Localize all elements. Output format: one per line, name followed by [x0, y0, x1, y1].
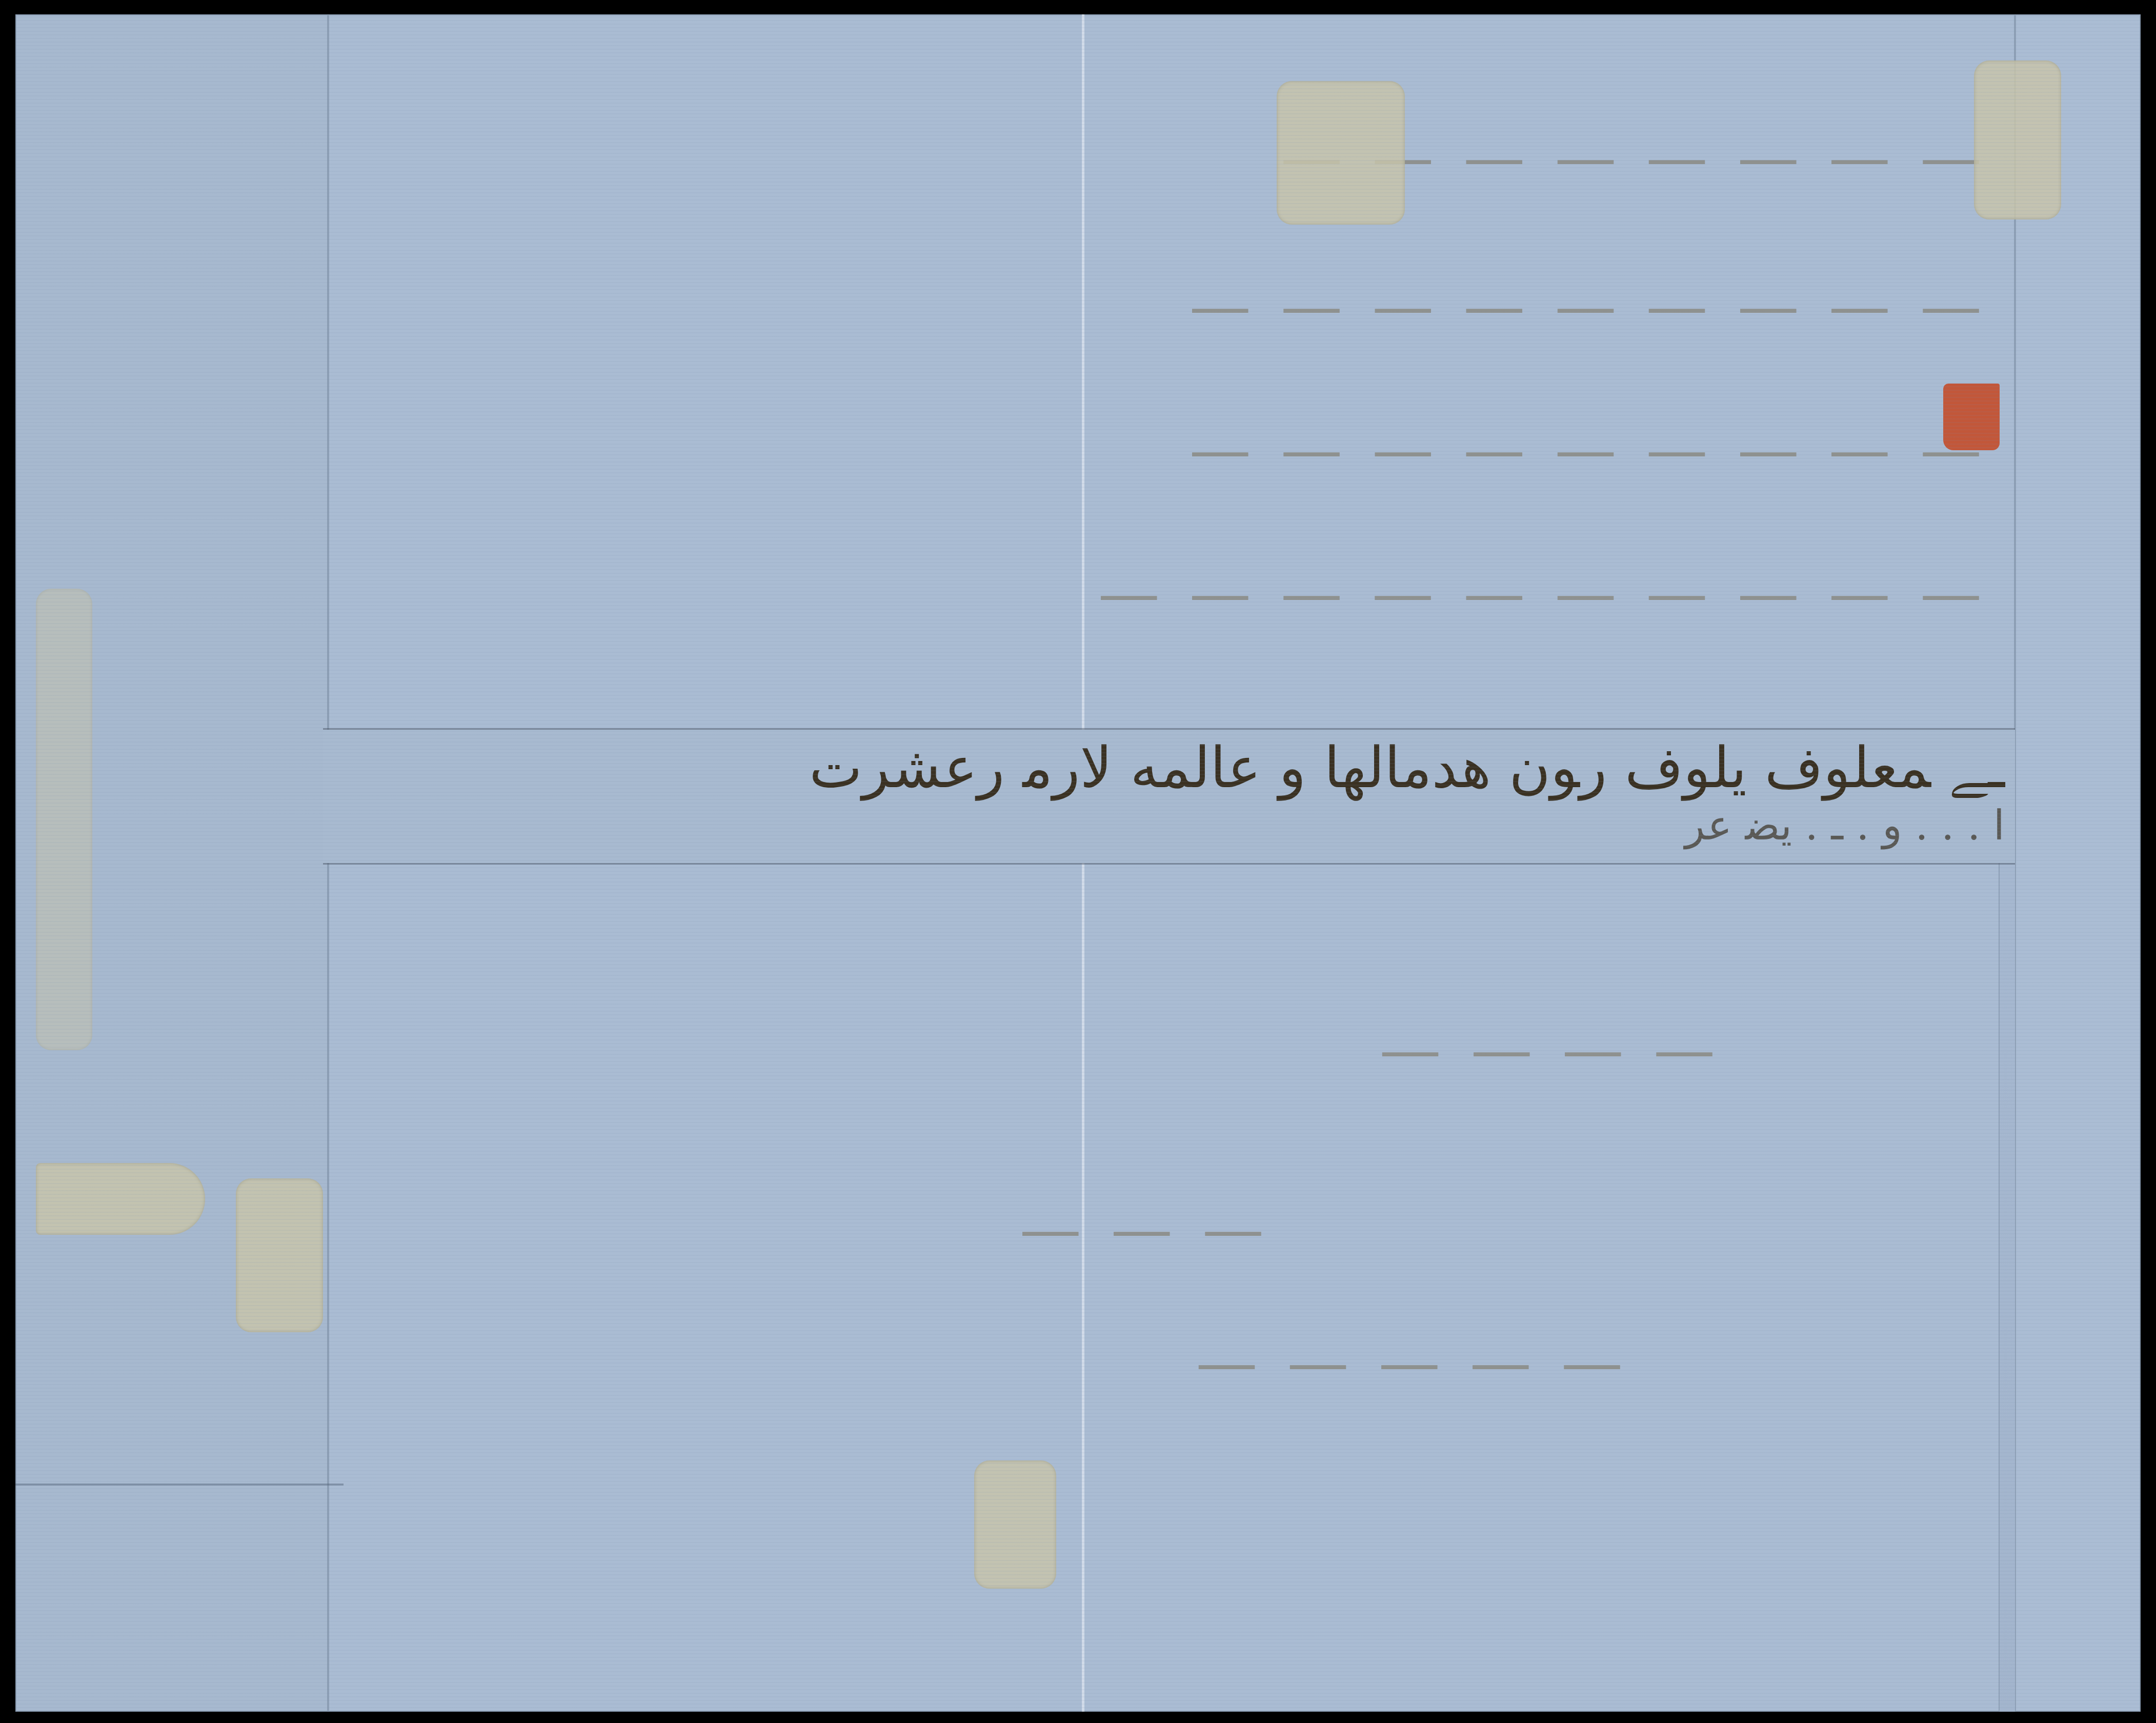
lower-line-3: — — — — — — [1196, 1327, 1628, 1398]
dark-line-1: ـﮯ ﻤﻌﻠﻮﻑ ﻳﻠﻮﻑ ﺭﻮﻥ ﻫﺪﻣﺎﻟﻬﺎ ﻭ ﻋﺎﻟﻤﻪ ﻻﺭﻣ ﺭﻋ… — [809, 735, 2005, 802]
faded-line-3: — — — — — — — — — — [1190, 414, 1987, 486]
faded-line-2: — — — — — — — — — — [1190, 271, 1987, 342]
tape-top-center — [1277, 81, 1405, 225]
faded-line-4: — — — — — — — — — — — [1098, 558, 1987, 629]
tape-bottom-center — [974, 1460, 1056, 1589]
center-fold — [1082, 14, 1084, 1712]
lower-panel — [328, 860, 2000, 1712]
ink-strip: ـﮯ ﻤﻌﻠﻮﻑ ﻳﻠﻮﻑ ﺭﻮﻥ ﻫﺪﻣﺎﻟﻬﺎ ﻭ ﻋﺎﻟﻤﻪ ﻻﺭﻣ ﺭﻋ… — [323, 730, 2015, 863]
lower-line-2: — — — — [1020, 1194, 1269, 1265]
tape-left-triangle — [36, 1163, 205, 1235]
tape-left-edge — [36, 589, 92, 1050]
dark-line-2: ﺍ . . . ﻭ . ـ . ﻳﻀ ﻋﺮ — [1685, 802, 2005, 849]
right-flap — [2015, 14, 2141, 1712]
lower-line-1: — — — — — [1380, 1014, 1720, 1086]
tape-top-right — [1974, 61, 2061, 219]
wax-seal-fragment — [1943, 384, 2000, 450]
tape-left-bottom — [236, 1178, 323, 1332]
letter-paper: — — — — — — — — — — — — — — — — — — — — … — [15, 14, 2141, 1712]
bottom-fold — [15, 1484, 344, 1486]
